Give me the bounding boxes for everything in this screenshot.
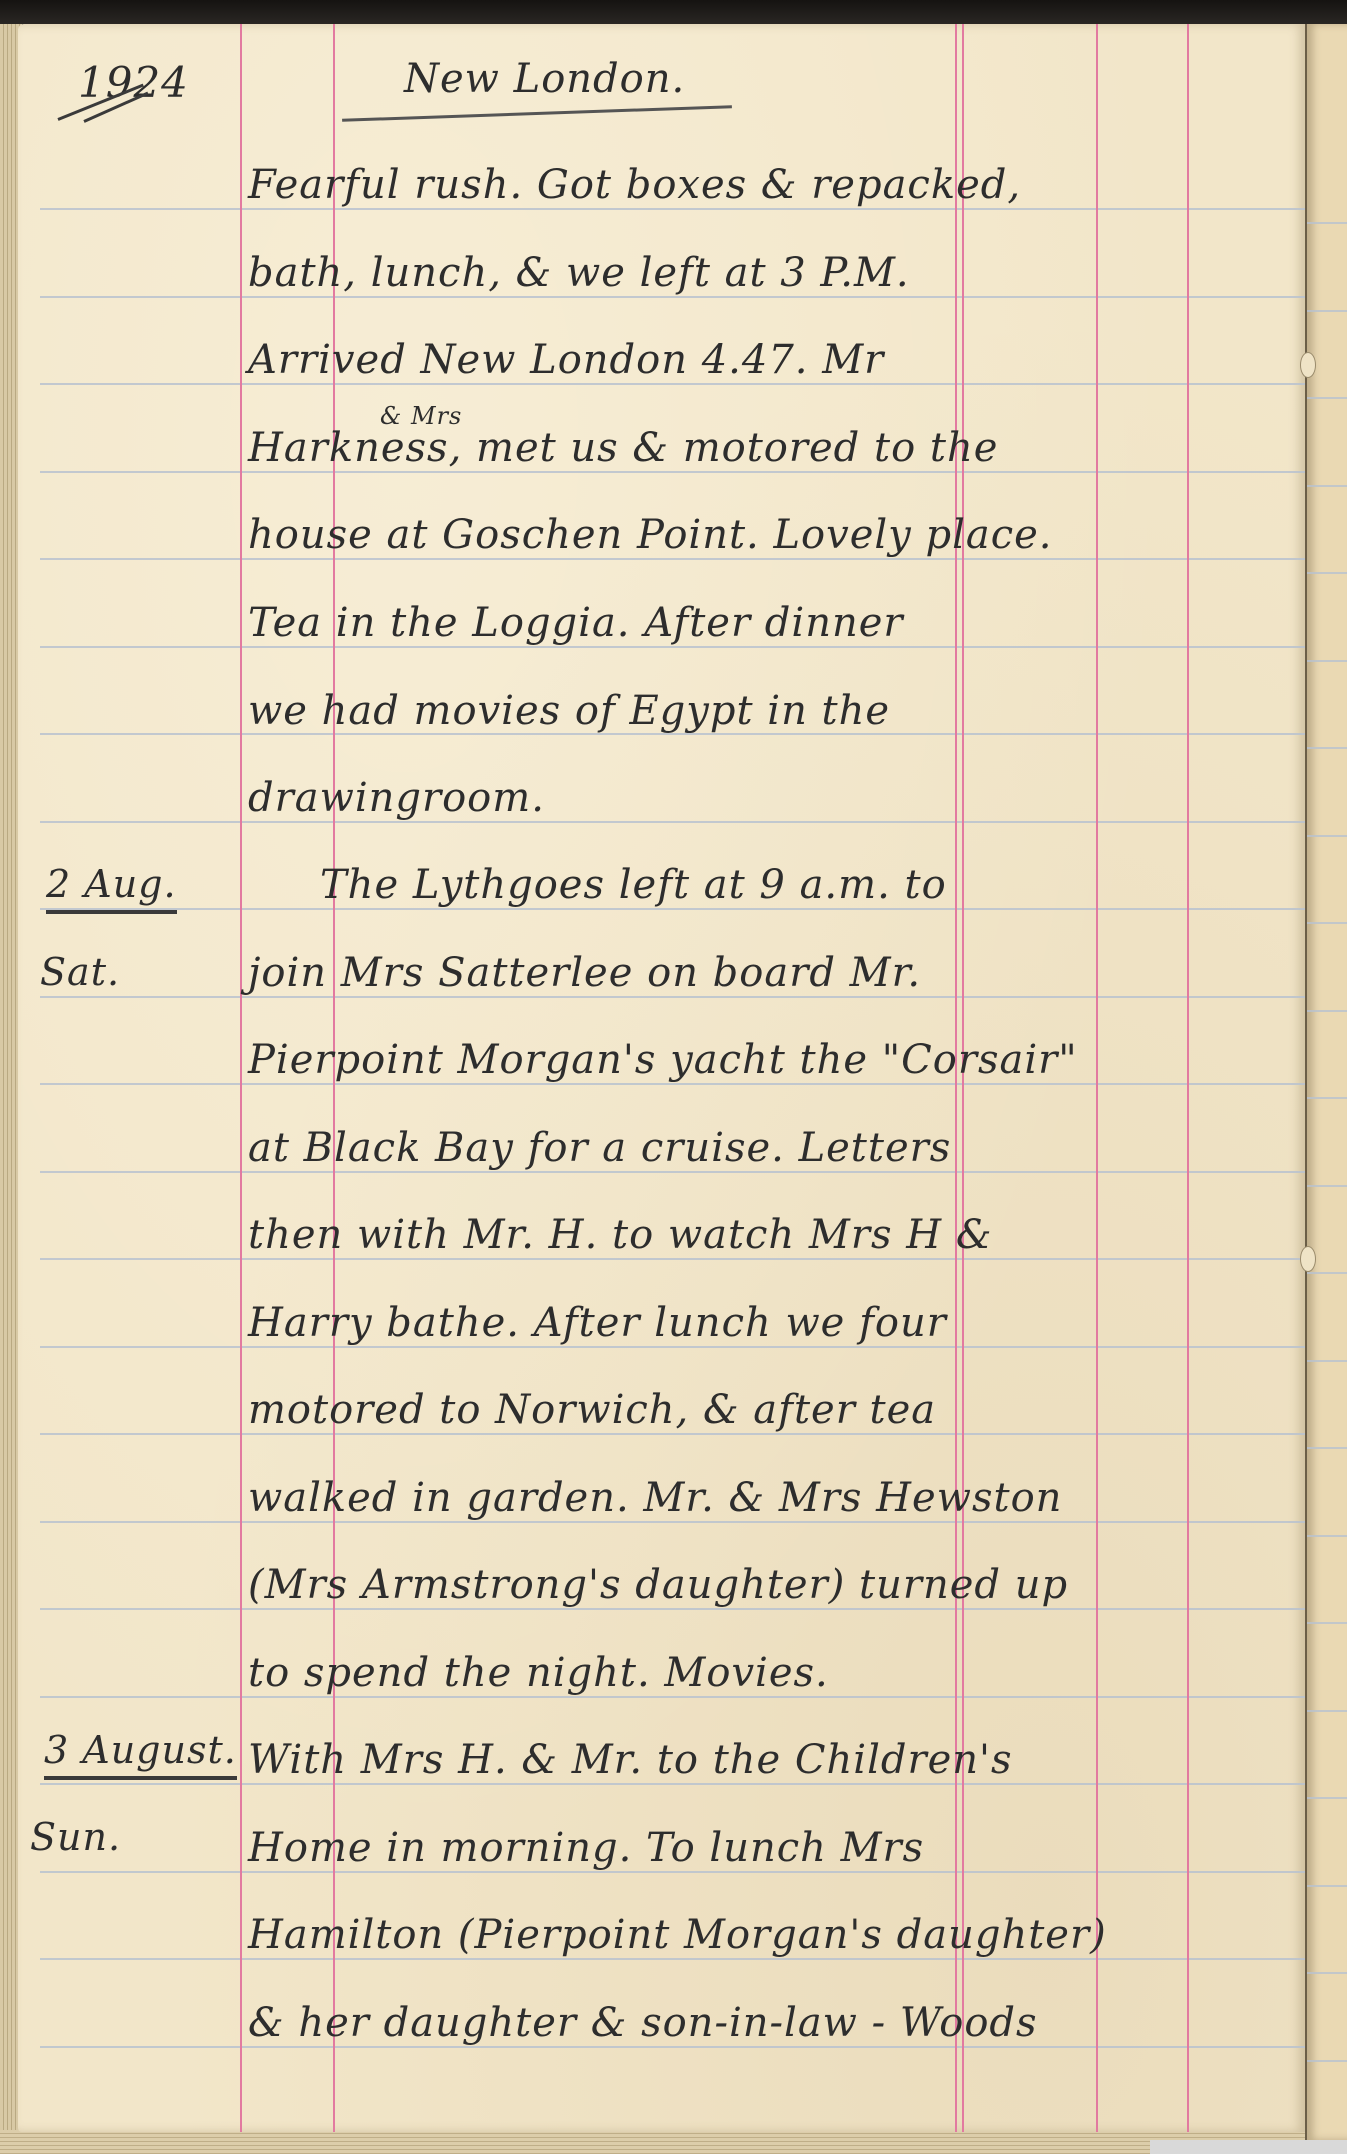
- entry-line: Tea in the Loggia. After dinner: [248, 600, 904, 646]
- entry-line: join Mrs Satterlee on board Mr.: [248, 950, 921, 996]
- facing-page-ruled-line: [1307, 1272, 1347, 1274]
- facing-page-ruled-line: [1307, 1097, 1347, 1099]
- ruled-line: [40, 383, 1305, 385]
- scan-top-edge: [0, 0, 1347, 26]
- ruled-line: [40, 1783, 1305, 1785]
- header-place: New London.: [404, 56, 685, 102]
- entry-line: we had movies of Egypt in the: [248, 688, 890, 734]
- facing-page-ruled-line: [1307, 922, 1347, 924]
- entry-line: With Mrs H. & Mr. to the Children's: [248, 1737, 1013, 1783]
- entry-line: Arrived New London 4.47. Mr: [248, 337, 884, 383]
- facing-page-ruled-line: [1307, 397, 1347, 399]
- binding-tear-mark: [1300, 352, 1316, 378]
- scan-background: [1150, 2140, 1347, 2154]
- facing-page-ruled-line: [1307, 222, 1347, 224]
- margin-line-column-d: [1187, 24, 1189, 2132]
- facing-page-ruled-line: [1307, 310, 1347, 312]
- facing-page-ruled-line: [1307, 1972, 1347, 1974]
- entry-date: 3 August.: [44, 1728, 237, 1780]
- facing-page-ruled-line: [1307, 572, 1347, 574]
- entry-line: bath, lunch, & we left at 3 P.M.: [248, 250, 910, 296]
- facing-page-ruled-line: [1307, 747, 1347, 749]
- ruled-line: [40, 908, 1305, 910]
- facing-page-ruled-line: [1307, 835, 1347, 837]
- entry-day: Sun.: [30, 1815, 121, 1859]
- entry-line: Fearful rush. Got boxes & repacked,: [248, 162, 1021, 208]
- facing-page-ruled-line: [1307, 1535, 1347, 1537]
- entry-line: The Lythgoes left at 9 a.m. to: [320, 862, 947, 908]
- margin-line-date-column: [240, 24, 242, 2132]
- binding-tear-mark: [1300, 1246, 1316, 1272]
- entry-line: Harkness, met us & motored to the: [248, 425, 998, 471]
- ruled-line: [40, 1258, 1305, 1260]
- facing-page-ruled-line: [1307, 1010, 1347, 1012]
- ruled-line: [40, 558, 1305, 560]
- facing-page-ruled-line: [1307, 1797, 1347, 1799]
- entry-line: house at Goschen Point. Lovely place.: [248, 512, 1053, 558]
- facing-page-edge: [1305, 24, 1347, 2140]
- facing-page-ruled-line: [1307, 1622, 1347, 1624]
- entry-line: walked in garden. Mr. & Mrs Hewston: [248, 1475, 1062, 1521]
- facing-page-ruled-line: [1307, 1710, 1347, 1712]
- facing-page-ruled-line: [1307, 1447, 1347, 1449]
- entry-line: at Black Bay for a cruise. Letters: [248, 1125, 951, 1171]
- facing-page-ruled-line: [1307, 1185, 1347, 1187]
- facing-page-ruled-line: [1307, 2060, 1347, 2062]
- entry-line: motored to Norwich, & after tea: [248, 1387, 936, 1433]
- entry-line: drawingroom.: [248, 775, 545, 821]
- facing-page-ruled-line: [1307, 1360, 1347, 1362]
- entry-date: 2 Aug.: [46, 862, 177, 914]
- facing-page-ruled-line: [1307, 485, 1347, 487]
- ruled-line: [40, 1433, 1305, 1435]
- ruled-line: [40, 1958, 1305, 1960]
- facing-page-ruled-line: [1307, 660, 1347, 662]
- entry-line: & her daughter & son-in-law - Woods: [248, 2000, 1038, 2046]
- facing-page-ruled-line: [1307, 1885, 1347, 1887]
- entry-line: Pierpoint Morgan's yacht the "Corsair": [248, 1037, 1078, 1083]
- entry-line: Hamilton (Pierpoint Morgan's daughter): [248, 1912, 1107, 1958]
- ruled-line: [40, 208, 1305, 210]
- margin-line-column-c: [1096, 24, 1098, 2132]
- page-stack-bottom-edge: [0, 2130, 1320, 2154]
- entry-line: to spend the night. Movies.: [248, 1650, 829, 1696]
- entry-line: Harry bathe. After lunch we four: [248, 1300, 947, 1346]
- ruled-line: [40, 821, 1305, 823]
- entry-line: then with Mr. H. to watch Mrs H &: [248, 1212, 992, 1258]
- entry-line: Home in morning. To lunch Mrs: [248, 1825, 924, 1871]
- entry-day: Sat.: [40, 950, 120, 994]
- entry-line: (Mrs Armstrong's daughter) turned up: [248, 1562, 1068, 1608]
- ruled-line: [40, 1083, 1305, 1085]
- ruled-line: [40, 1608, 1305, 1610]
